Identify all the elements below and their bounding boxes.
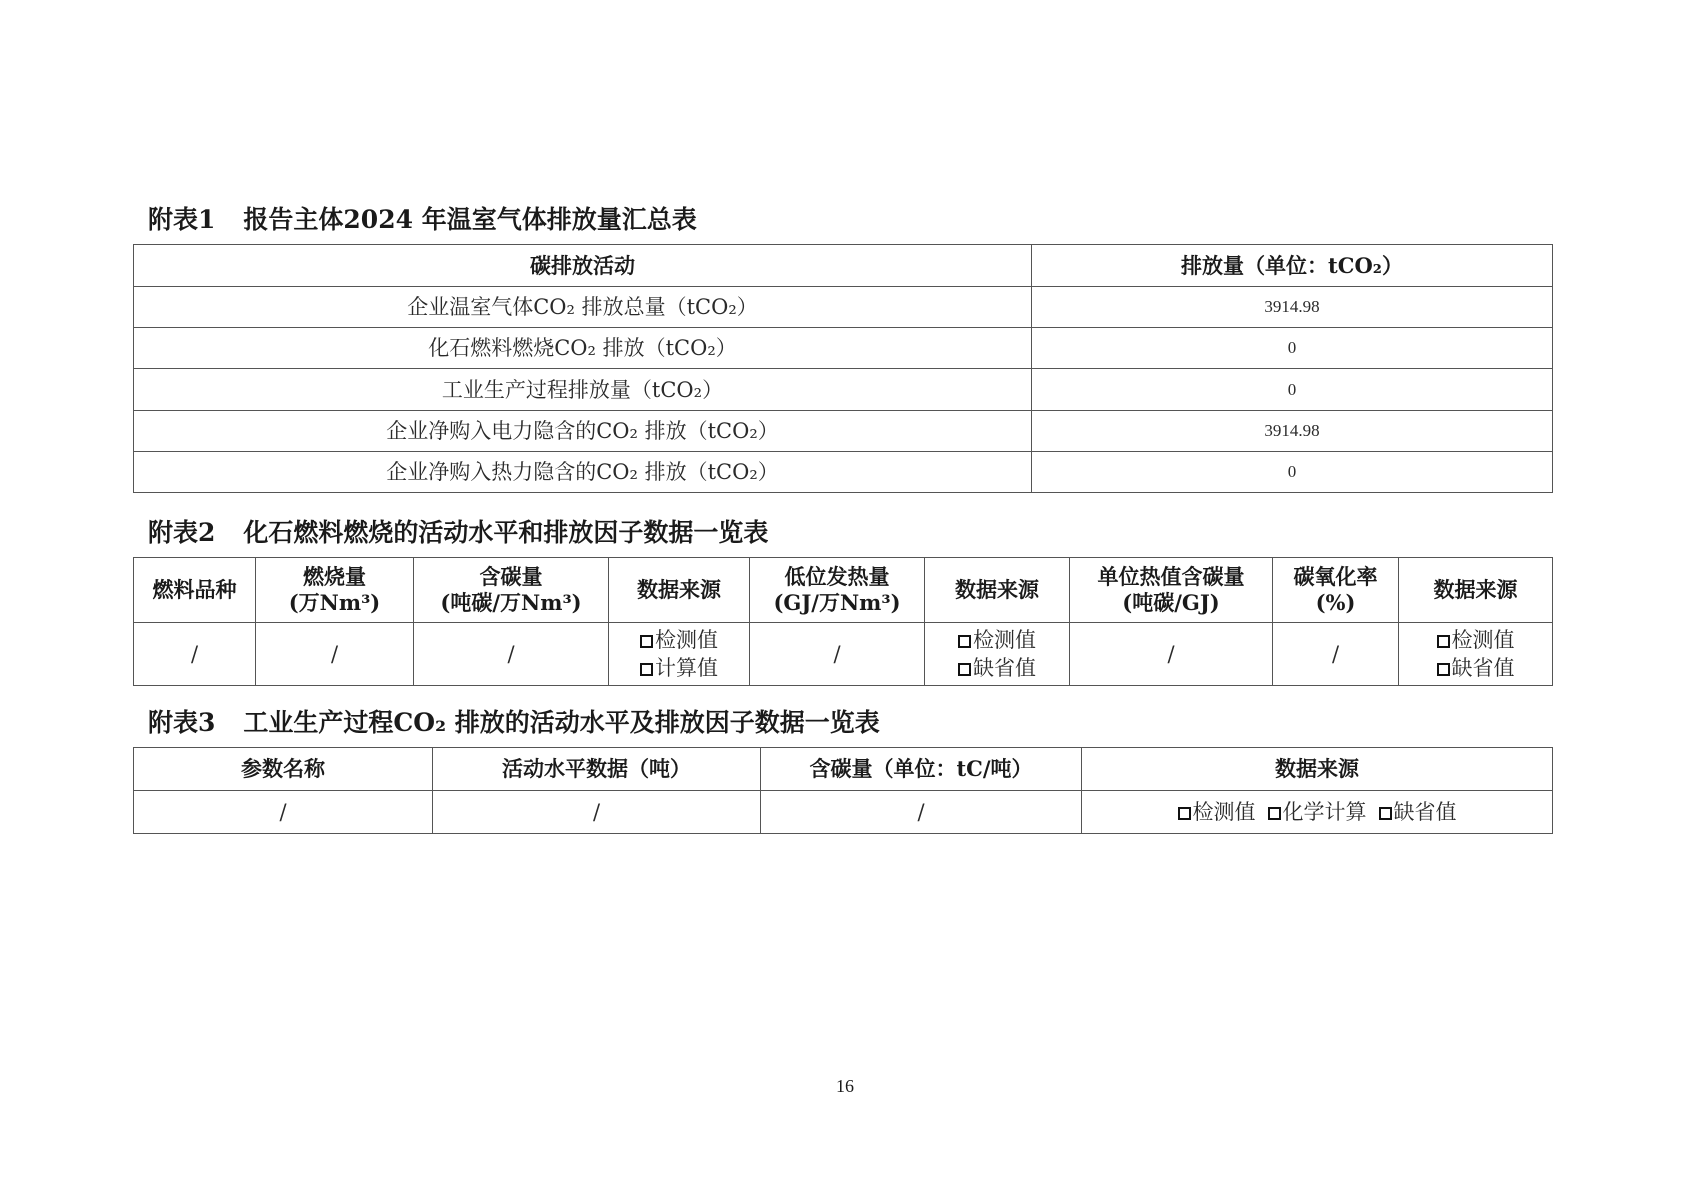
activity-cell: 化石燃料燃烧CO₂ 排放（tCO₂） bbox=[134, 328, 1032, 369]
emissions-summary-table: 碳排放活动 排放量（单位：tCO₂） 企业温室气体CO₂ 排放总量（tCO₂） … bbox=[133, 244, 1553, 493]
header-activity: 碳排放活动 bbox=[134, 245, 1032, 287]
table-row: / / / 检测值 计算值 / 检测值 缺省值 / / 检测值 缺省值 bbox=[134, 623, 1553, 686]
source-option[interactable]: 缺省值 bbox=[1399, 654, 1552, 682]
option-label: 缺省值 bbox=[1452, 656, 1515, 680]
carbon-cell: / bbox=[761, 791, 1082, 834]
carbon-content-cell: / bbox=[414, 623, 609, 686]
checkbox-icon[interactable] bbox=[958, 663, 971, 676]
source-option[interactable]: 化学计算 bbox=[1268, 798, 1367, 826]
checkbox-icon[interactable] bbox=[958, 635, 971, 648]
table1-title-text: 报告主体2024 年温室气体排放量汇总表 bbox=[243, 205, 696, 234]
option-label: 检测值 bbox=[1193, 800, 1256, 824]
option-label: 检测值 bbox=[655, 628, 718, 652]
option-label: 缺省值 bbox=[973, 656, 1036, 680]
value-cell: 0 bbox=[1032, 328, 1553, 369]
table3-title: 附表3工业生产过程CO₂ 排放的活动水平及排放因子数据一览表 bbox=[148, 703, 880, 739]
header-oxidation-rate: 碳氧化率(%) bbox=[1273, 558, 1399, 623]
table-row: 工业生产过程排放量（tCO₂） 0 bbox=[134, 369, 1553, 411]
option-label: 缺省值 bbox=[1394, 800, 1457, 824]
activity-cell: 工业生产过程排放量（tCO₂） bbox=[134, 369, 1032, 411]
source-option[interactable]: 检测值 bbox=[609, 626, 749, 654]
header-label: 单位热值含碳量 bbox=[1070, 564, 1272, 590]
table2-title-text: 化石燃料燃烧的活动水平和排放因子数据一览表 bbox=[243, 518, 768, 547]
checkbox-icon[interactable] bbox=[1437, 635, 1450, 648]
header-carbon-content: 含碳量（单位：tC/吨） bbox=[761, 748, 1082, 791]
header-param-name: 参数名称 bbox=[134, 748, 433, 791]
oxidation-rate-cell: / bbox=[1273, 623, 1399, 686]
page-number: 16 bbox=[836, 1076, 854, 1097]
header-unit: (%) bbox=[1273, 590, 1398, 616]
header-unit: (GJ/万Nm³) bbox=[750, 590, 924, 616]
value-cell: 3914.98 bbox=[1032, 287, 1553, 328]
activity-cell: 企业净购入热力隐含的CO₂ 排放（tCO₂） bbox=[134, 452, 1032, 493]
header-label: 数据来源 bbox=[637, 577, 721, 602]
table1-title-number: 附表1 bbox=[148, 205, 215, 234]
header-activity-data: 活动水平数据（吨） bbox=[433, 748, 761, 791]
data-source-1-cell: 检测值 计算值 bbox=[609, 623, 750, 686]
value-cell: 0 bbox=[1032, 452, 1553, 493]
table-row: 化石燃料燃烧CO₂ 排放（tCO₂） 0 bbox=[134, 328, 1553, 369]
fossil-fuel-table: 燃料品种 燃烧量(万Nm³) 含碳量(吨碳/万Nm³) 数据来源 低位发热量(G… bbox=[133, 557, 1553, 686]
header-data-source: 数据来源 bbox=[1082, 748, 1553, 791]
header-combustion: 燃烧量(万Nm³) bbox=[256, 558, 414, 623]
header-unit: (吨碳/GJ) bbox=[1070, 590, 1272, 616]
table-row: 企业净购入电力隐含的CO₂ 排放（tCO₂） 3914.98 bbox=[134, 411, 1553, 452]
header-emissions: 排放量（单位：tCO₂） bbox=[1032, 245, 1553, 287]
source-option[interactable]: 检测值 bbox=[1399, 626, 1552, 654]
table-row: / / / 检测值化学计算缺省值 bbox=[134, 791, 1553, 834]
header-unit: (吨碳/万Nm³) bbox=[414, 590, 608, 616]
header-carbon-content: 含碳量(吨碳/万Nm³) bbox=[414, 558, 609, 623]
header-label: 碳氧化率 bbox=[1273, 564, 1398, 590]
source-option[interactable]: 检测值 bbox=[925, 626, 1069, 654]
header-label: 低位发热量 bbox=[750, 564, 924, 590]
table3-title-number: 附表3 bbox=[148, 708, 215, 737]
option-label: 计算值 bbox=[655, 656, 718, 680]
source-option[interactable]: 缺省值 bbox=[1379, 798, 1457, 826]
activity-cell: 企业净购入电力隐含的CO₂ 排放（tCO₂） bbox=[134, 411, 1032, 452]
header-carbon-per-heat: 单位热值含碳量(吨碳/GJ) bbox=[1070, 558, 1273, 623]
param-cell: / bbox=[134, 791, 433, 834]
header-data-source-2: 数据来源 bbox=[925, 558, 1070, 623]
data-source-2-cell: 检测值 缺省值 bbox=[925, 623, 1070, 686]
table-header-row: 参数名称 活动水平数据（吨） 含碳量（单位：tC/吨） 数据来源 bbox=[134, 748, 1553, 791]
header-label: 燃烧量 bbox=[256, 564, 413, 590]
header-label: 数据来源 bbox=[955, 577, 1039, 602]
activity-cell: / bbox=[433, 791, 761, 834]
option-label: 检测值 bbox=[1452, 628, 1515, 652]
header-label: 燃料品种 bbox=[153, 577, 237, 602]
data-source-cell: 检测值化学计算缺省值 bbox=[1082, 791, 1553, 834]
table1-title: 附表1报告主体2024 年温室气体排放量汇总表 bbox=[148, 200, 697, 236]
checkbox-icon[interactable] bbox=[1268, 807, 1281, 820]
header-ncv: 低位发热量(GJ/万Nm³) bbox=[750, 558, 925, 623]
header-fuel-type: 燃料品种 bbox=[134, 558, 256, 623]
table-row: 企业净购入热力隐含的CO₂ 排放（tCO₂） 0 bbox=[134, 452, 1553, 493]
option-label: 检测值 bbox=[973, 628, 1036, 652]
ncv-cell: / bbox=[750, 623, 925, 686]
table2-title: 附表2化石燃料燃烧的活动水平和排放因子数据一览表 bbox=[148, 513, 768, 549]
header-data-source-3: 数据来源 bbox=[1399, 558, 1553, 623]
carbon-per-heat-cell: / bbox=[1070, 623, 1273, 686]
checkbox-icon[interactable] bbox=[1379, 807, 1392, 820]
value-cell: 0 bbox=[1032, 369, 1553, 411]
value-cell: 3914.98 bbox=[1032, 411, 1553, 452]
table-row: 企业温室气体CO₂ 排放总量（tCO₂） 3914.98 bbox=[134, 287, 1553, 328]
industrial-process-table: 参数名称 活动水平数据（吨） 含碳量（单位：tC/吨） 数据来源 / / / 检… bbox=[133, 747, 1553, 834]
table3-title-text: 工业生产过程CO₂ 排放的活动水平及排放因子数据一览表 bbox=[243, 708, 879, 737]
table-header-row: 碳排放活动 排放量（单位：tCO₂） bbox=[134, 245, 1553, 287]
option-label: 化学计算 bbox=[1283, 800, 1367, 824]
source-option[interactable]: 检测值 bbox=[1178, 798, 1256, 826]
header-unit: (万Nm³) bbox=[256, 590, 413, 616]
combustion-cell: / bbox=[256, 623, 414, 686]
header-data-source-1: 数据来源 bbox=[609, 558, 750, 623]
table-header-row: 燃料品种 燃烧量(万Nm³) 含碳量(吨碳/万Nm³) 数据来源 低位发热量(G… bbox=[134, 558, 1553, 623]
checkbox-icon[interactable] bbox=[640, 635, 653, 648]
source-option[interactable]: 计算值 bbox=[609, 654, 749, 682]
checkbox-icon[interactable] bbox=[1437, 663, 1450, 676]
source-option[interactable]: 缺省值 bbox=[925, 654, 1069, 682]
header-label: 数据来源 bbox=[1434, 577, 1518, 602]
checkbox-icon[interactable] bbox=[1178, 807, 1191, 820]
header-label: 含碳量 bbox=[414, 564, 608, 590]
table2-title-number: 附表2 bbox=[148, 518, 215, 547]
checkbox-icon[interactable] bbox=[640, 663, 653, 676]
fuel-type-cell: / bbox=[134, 623, 256, 686]
activity-cell: 企业温室气体CO₂ 排放总量（tCO₂） bbox=[134, 287, 1032, 328]
data-source-3-cell: 检测值 缺省值 bbox=[1399, 623, 1553, 686]
